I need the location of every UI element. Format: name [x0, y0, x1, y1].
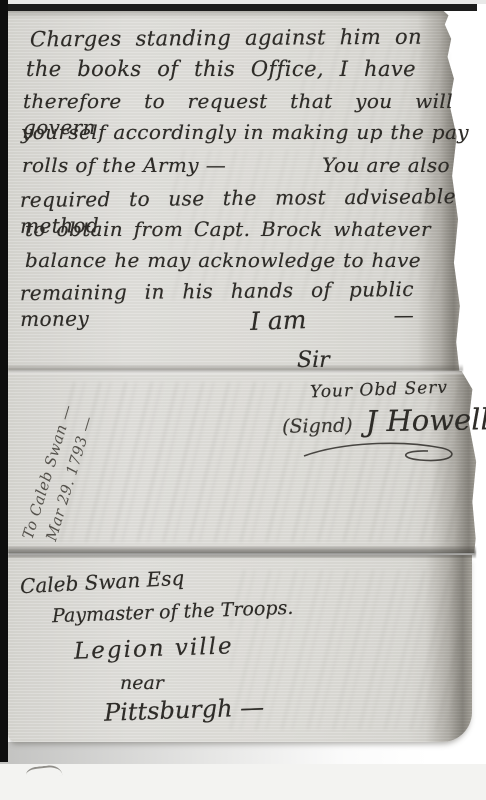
- scan-bottom-margin: [0, 764, 486, 800]
- letter-body-line: yourself accordingly in making up the pa…: [21, 119, 469, 145]
- address-line-near: near: [120, 672, 164, 694]
- address-line-place: Legion ville: [74, 633, 234, 665]
- signature-flourish: [300, 438, 472, 466]
- letter-body-line: to obtain from Capt. Brock whatever: [25, 216, 431, 242]
- valediction-sir: Sir: [297, 348, 330, 373]
- signature-line: (Signd) J Howell: [282, 402, 486, 440]
- letter-body-line: balance he may acknowledge to have: [25, 247, 421, 273]
- letter-body-line: rolls of the Army — You are also: [22, 152, 450, 178]
- letter-body-line: the books of this Office, I have: [26, 56, 416, 83]
- document-scan-page: Charges standing against him on the book…: [0, 0, 486, 800]
- letter-body-line: remaining in his hands of public money —: [20, 276, 415, 332]
- letter-body-line-segment: You are also: [322, 152, 450, 178]
- signature: J Howell: [365, 402, 486, 438]
- letter-body-line: Charges standing against him on: [30, 24, 422, 54]
- scanner-shadow-band: [0, 742, 430, 764]
- address-line-city: Pittsburgh —: [104, 693, 265, 727]
- scan-left-edge-strip: [0, 0, 8, 762]
- valediction-i-am: I am: [250, 305, 307, 336]
- letter-body-line-segment: rolls of the Army —: [22, 152, 226, 178]
- scan-top-edge-bar: [0, 4, 477, 11]
- signed-label: (Signd): [282, 415, 353, 438]
